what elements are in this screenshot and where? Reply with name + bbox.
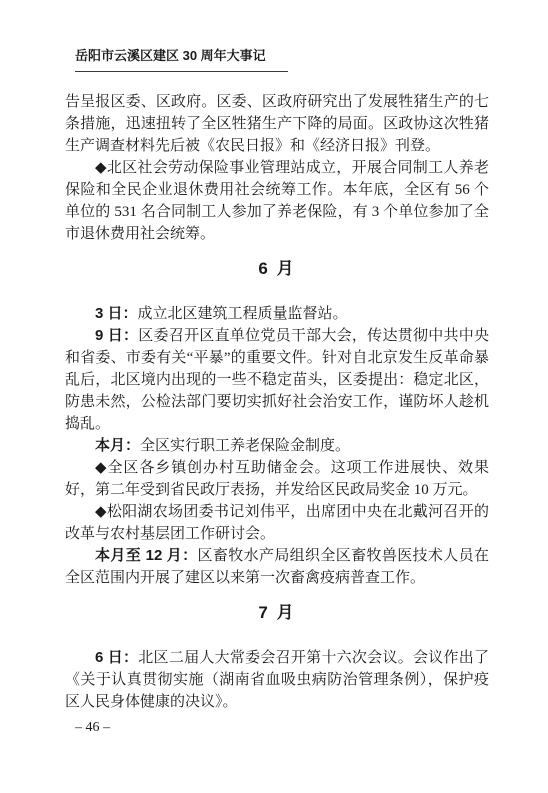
month-heading: 7 月 <box>65 601 489 625</box>
paragraph: ◆全区各乡镇创办村互助储金会。这项工作进展快、效果好，第二年受到省民政厅表扬，并… <box>65 457 489 501</box>
date-label: 3 日： <box>95 305 138 322</box>
paragraph-text: 告呈报区委、区政府。区委、区政府研究出了发展牲猪生产的七条措施，迅速扭转了全区牲… <box>65 94 489 154</box>
paragraph-text: ◆松阳湖农场团委书记刘伟平，出席团中央在北戴河召开的改革与农村基层团工作研讨会。 <box>65 504 489 542</box>
paragraph: 告呈报区委、区政府。区委、区政府研究出了发展牲猪生产的七条措施，迅速扭转了全区牲… <box>65 91 489 157</box>
document-page: 岳阳市云溪区建区 30 周年大事记 告呈报区委、区政府。区委、区政府研究出了发展… <box>0 0 548 793</box>
paragraph: 本月至 12 月：区畜牧水产局组织全区畜牧兽医技术人员在全区范围内开展了建区以来… <box>65 545 489 589</box>
month-heading: 6 月 <box>65 257 489 281</box>
paragraph: 3 日：成立北区建筑工程质量监督站。 <box>65 303 489 325</box>
paragraph: 9 日：区委召开区直单位党员干部大会，传达贯彻中共中央和省委、市委有关“平暴”的… <box>65 325 489 435</box>
date-label: 本月至 12 月： <box>95 547 198 564</box>
paragraph-text: ◆全区各乡镇创办村互助储金会。这项工作进展快、效果好，第二年受到省民政厅表扬，并… <box>65 460 489 498</box>
paragraph: 6 日：北区二届人大常委会召开第十六次会议。会议作出了《关于认真贯彻实施（湖南省… <box>65 647 489 713</box>
paragraph: ◆北区社会劳动保险事业管理站成立，开展合同制工人养老保险和全民企业退休费用社会统… <box>65 157 489 245</box>
paragraph-text: ◆北区社会劳动保险事业管理站成立，开展合同制工人养老保险和全民企业退休费用社会统… <box>65 160 489 242</box>
date-label: 9 日： <box>95 327 138 344</box>
date-label: 6 日： <box>95 649 138 666</box>
paragraph-text: 全区实行职工养老保险金制度。 <box>140 438 350 454</box>
paragraph: ◆松阳湖农场团委书记刘伟平，出席团中央在北戴河召开的改革与农村基层团工作研讨会。 <box>65 501 489 545</box>
page-body: 告呈报区委、区政府。区委、区政府研究出了发展牲猪生产的七条措施，迅速扭转了全区牲… <box>65 91 489 713</box>
page-header: 岳阳市云溪区建区 30 周年大事记 <box>75 48 489 72</box>
header-rule <box>75 71 288 72</box>
page-number: – 46 – <box>75 720 110 736</box>
running-head-title: 岳阳市云溪区建区 30 周年大事记 <box>75 48 489 63</box>
paragraph: 本月：全区实行职工养老保险金制度。 <box>65 435 489 457</box>
paragraph-text: 成立北区建筑工程质量监督站。 <box>138 306 348 322</box>
date-label: 本月： <box>95 437 140 454</box>
